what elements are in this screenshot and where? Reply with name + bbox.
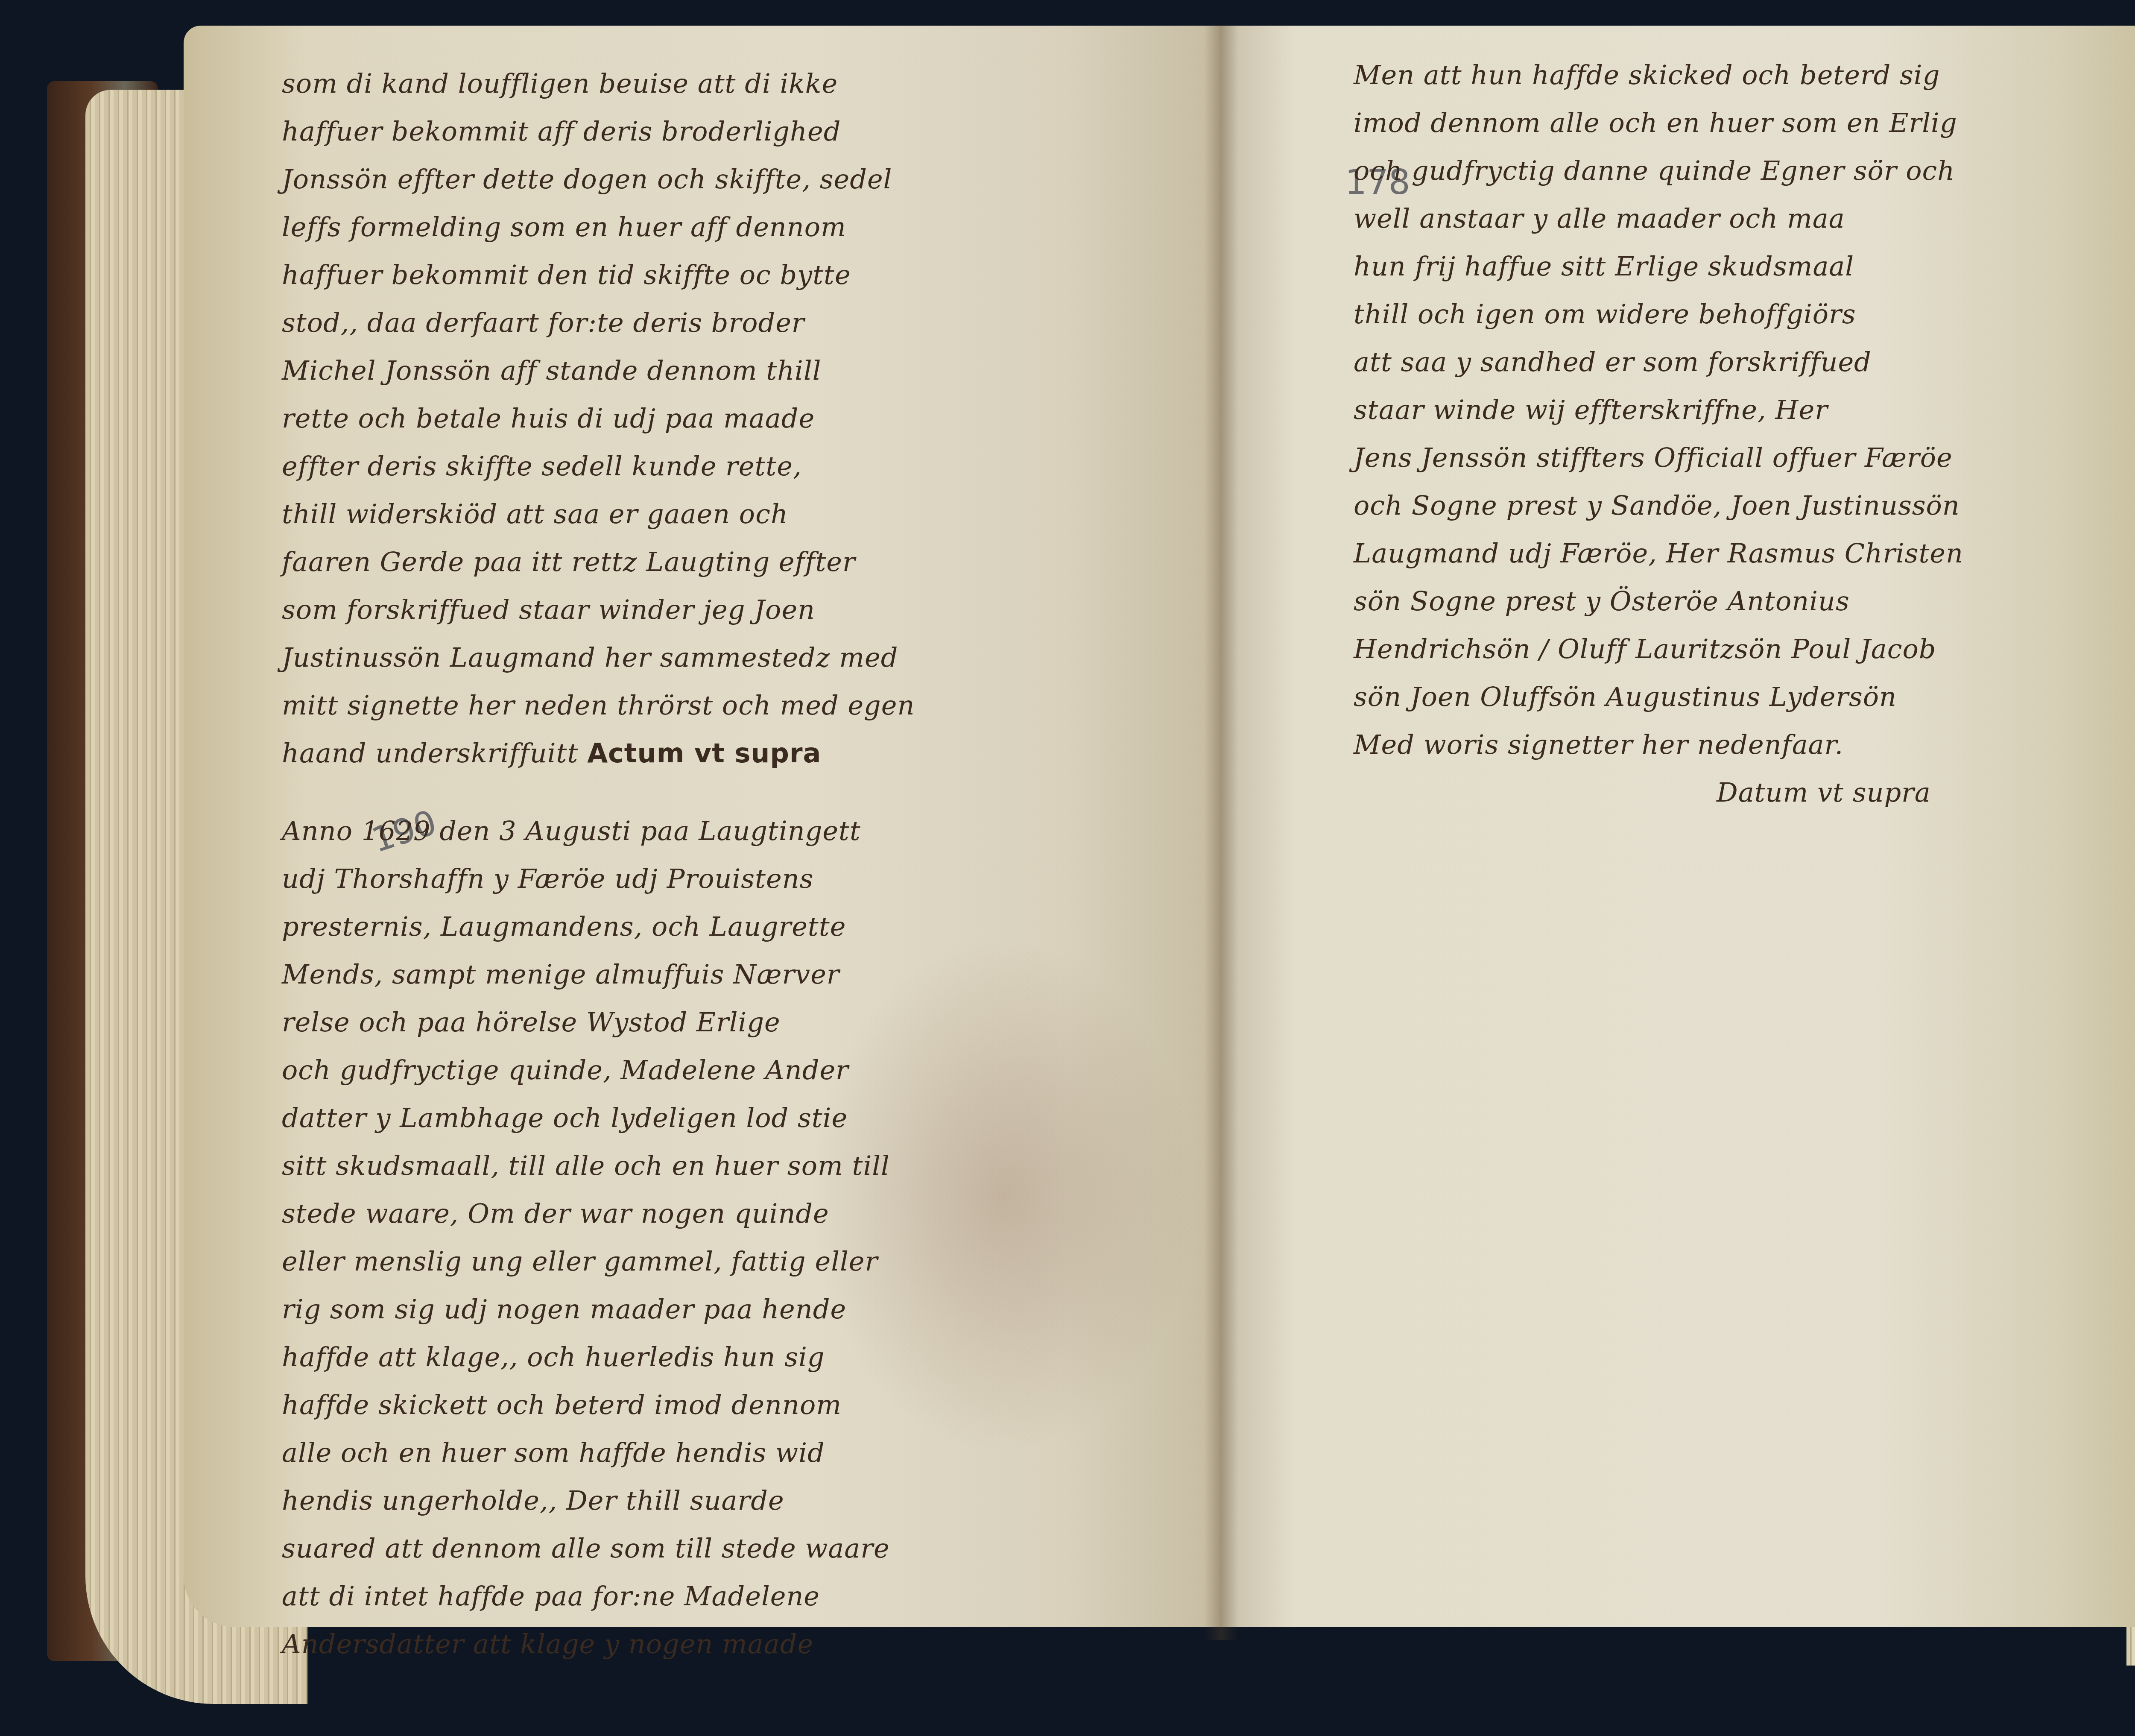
text-line: effter deris skiffte sedell kunde rette, (282, 442, 915, 490)
text-line: imod dennom alle och en huer som en Erli… (1354, 99, 1963, 147)
text-line: haffde skickett och beterd imod dennom (282, 1381, 890, 1429)
text-line: att di intet haffde paa for:ne Madelene (282, 1572, 890, 1620)
actum-vt-supra: Actum vt supra (587, 738, 821, 769)
text-line: Mends, sampt menige almuffuis Nærver (282, 951, 890, 998)
text-line: sön Sogne prest y Österöe Antonius (1354, 577, 1963, 625)
text-line: thill och igen om widere behoffgiörs (1354, 290, 1963, 338)
text-line: sitt skudsmaall, till alle och en huer s… (282, 1142, 890, 1190)
text-line: eller menslig ung eller gammel, fattig e… (282, 1238, 890, 1285)
text-line: Justinussön Laugmand her sammestedz med (282, 634, 915, 682)
text-line: Med woris signetter her nedenfaar. (1354, 721, 1963, 769)
datum-vt-supra: Datum vt supra (1354, 769, 1963, 817)
text-line: mitt signette her neden thrörst och med … (282, 682, 915, 729)
text-line: relse och paa hörelse Wystod Erlige (282, 998, 890, 1046)
text-line: rig som sig udj nogen maader paa hende (282, 1285, 890, 1333)
text-line: stede waare, Om der war nogen quinde (282, 1190, 890, 1238)
text-line: udj Thorshaffn y Færöe udj Prouistens (282, 855, 890, 903)
text-line: och gudfryctige quinde, Madelene Ander (282, 1046, 890, 1094)
text-line: alle och en huer som haffde hendis wid (282, 1429, 890, 1477)
text-line: Jens Jenssön stiffters Officiall offuer … (1354, 434, 1963, 482)
text-line: well anstaar y alle maader och maa (1354, 195, 1963, 243)
text-fragment: haand underskriffuitt (282, 738, 578, 769)
text-line: Anno 1629 den 3 Augusti paa Laugtingett (282, 807, 890, 855)
text-line: Jonssön effter dette dogen och skiffte, … (282, 155, 915, 203)
text-line: rette och betale huis di udj paa maade (282, 395, 915, 442)
text-line: presternis, Laugmandens, och Laugrette (282, 903, 890, 951)
text-line: som di kand louffligen beuise att di ikk… (282, 60, 915, 108)
text-line: haffuer bekommit aff deris broderlighed (282, 108, 915, 155)
text-line: stod,, daa derfaart for:te deris broder (282, 299, 915, 347)
text-line: Michel Jonssön aff stande dennom thill (282, 347, 915, 395)
left-entry-1: som di kand louffligen beuise att di ikk… (282, 60, 915, 777)
text-line: sön Joen Oluffsön Augustinus Lydersön (1354, 673, 1963, 721)
text-line: Hendrichsön / Oluff Lauritzsön Poul Jaco… (1354, 625, 1963, 673)
text-line: hun frij haffue sitt Erlige skudsmaal (1354, 243, 1963, 290)
text-line: faaren Gerde paa itt rettz Laugting efft… (282, 538, 915, 586)
left-entry-2: Anno 1629 den 3 Augusti paa Laugtingett … (282, 807, 890, 1668)
text-line: och gudfryctig danne quinde Egner sör oc… (1354, 147, 1963, 195)
text-line: haand underskriffuitt Actum vt supra (282, 729, 915, 777)
text-line: suared att dennom alle som till stede wa… (282, 1525, 890, 1572)
text-line: Andersdatter att klage y nogen maade (282, 1620, 890, 1668)
text-line: hendis ungerholde,, Der thill suarde (282, 1477, 890, 1525)
text-line: att saa y sandhed er som forskriffued (1354, 338, 1963, 386)
book-gutter (1204, 26, 1238, 1640)
text-line: haffde att klage,, och huerledis hun sig (282, 1333, 890, 1381)
text-line: som forskriffued staar winder jeg Joen (282, 586, 915, 634)
text-line: staar winde wij effterskriffne, Her (1354, 386, 1963, 434)
text-line: Men att hun haffde skicked och beterd si… (1354, 51, 1963, 99)
text-line: datter y Lambhage och lydeligen lod stie (282, 1094, 890, 1142)
right-entry: Men att hun haffde skicked och beterd si… (1354, 51, 1963, 817)
text-line: thill widerskiöd att saa er gaaen och (282, 490, 915, 538)
text-line: och Sogne prest y Sandöe, Joen Justinuss… (1354, 482, 1963, 530)
text-line: leffs formelding som en huer aff dennom (282, 203, 915, 251)
text-line: Laugmand udj Færöe, Her Rasmus Christen (1354, 530, 1963, 577)
text-line: haffuer bekommit den tid skiffte oc bytt… (282, 251, 915, 299)
